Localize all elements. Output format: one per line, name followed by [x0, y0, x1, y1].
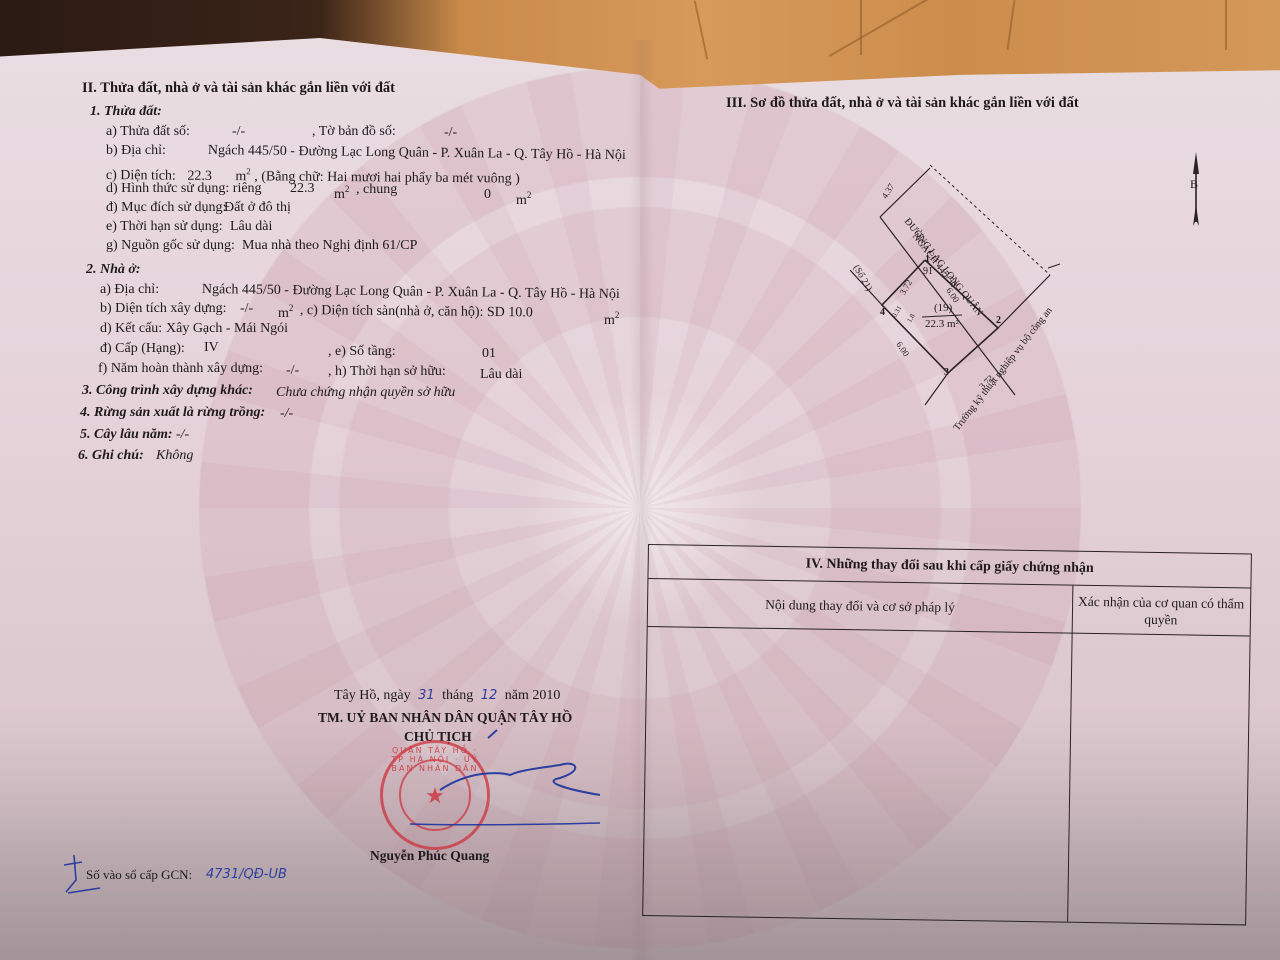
vertex-2: 2 [996, 313, 1001, 329]
structure-value: Xây Gạch - Mái Ngói [166, 321, 288, 337]
house-address-label: a) Địa chỉ: [100, 282, 159, 298]
issuing-authority: TM. UỶ BAN NHÂN DÂN QUẬN TÂY HỒ [318, 710, 572, 726]
house-mark: 91 [923, 264, 933, 280]
notes-value: Không [156, 448, 193, 464]
usage-purpose-value: Đất ở đô thị [224, 200, 291, 216]
perennial-trees-label: 5. Cây lâu năm: [80, 427, 173, 443]
usage-purpose-label: đ) Mục đích sử dụng: [106, 200, 226, 216]
floor-area-unit: m2 [604, 307, 619, 329]
usage-origin-label: g) Nguồn gốc sử dụng: [106, 238, 235, 254]
signed-month: 12 [481, 688, 498, 703]
structure-label: d) Kết cấu: [100, 321, 162, 337]
floors-label: , e) Số tầng: [328, 344, 396, 360]
usage-shared-label: , chung [356, 182, 397, 198]
build-area-label: b) Diện tích xây dựng: [100, 301, 227, 317]
planted-forest-label: 4. Rừng sản xuất là rừng trồng: [80, 405, 265, 421]
vertex-3: 3 [944, 365, 949, 381]
usage-shared-unit: m2 [516, 187, 531, 209]
floor-seam [1007, 0, 1016, 50]
changes-content-cell [643, 627, 1071, 922]
vertex-4: 4 [880, 305, 885, 321]
parcel-number: (19) [934, 300, 952, 316]
column-header-confirmation: Xác nhận của cơ quan có thẩm quyền [1072, 586, 1251, 637]
house-heading: 2. Nhà ở: [86, 262, 141, 278]
north-label: B [1190, 176, 1198, 192]
other-works-value: Chưa chứng nhận quyền sở hữu [276, 385, 455, 401]
floor-seam [829, 0, 951, 57]
notes-label: 6. Ghi chú: [78, 448, 144, 464]
floor-seam [694, 0, 708, 59]
confirmation-cell [1067, 634, 1250, 925]
parcel-area: 22.3 m² [925, 316, 959, 332]
grade-value: IV [204, 340, 219, 356]
usage-term-label: e) Thời hạn sử dụng: [106, 219, 223, 235]
section-2-title: II. Thửa đất, nhà ở và tài sản khác gắn … [82, 80, 395, 96]
completion-year-value: -/- [286, 363, 299, 379]
official-seal: QUẬN TÂY HỒ · TP HÀ NỘI · UỶ BAN NHÂN DÂ… [380, 740, 490, 850]
column-header-changes: Nội dung thay đổi và cơ sở pháp lý [648, 579, 1073, 634]
build-area-value: -/- [240, 301, 253, 317]
build-area-unit: m2 [278, 300, 293, 322]
usage-form-label: d) Hình thức sử dụng: riêng [106, 181, 262, 197]
floors-value: 01 [482, 346, 496, 362]
section-3-title: III. Sơ đồ thửa đất, nhà ở và tài sản kh… [726, 95, 1079, 111]
land-number-label: a) Thửa đất số: [106, 124, 190, 140]
signer-name: Nguyễn Phúc Quang [370, 848, 489, 864]
usage-private-value: 22.3 [290, 181, 315, 197]
floor-seam [860, 0, 862, 55]
ownership-term-label: , h) Thời hạn sở hữu: [328, 364, 446, 380]
floor-seam [1225, 0, 1227, 50]
other-works-label: 3. Công trình xây dựng khác: [82, 383, 253, 399]
seal-star-icon: ★ [401, 783, 469, 809]
land-number-value: -/- [232, 124, 245, 140]
grade-label: đ) Cấp (Hạng): [100, 341, 185, 357]
place-date: Tây Hồ, ngày 31 tháng 12 năm 2010 [334, 688, 560, 704]
usage-shared-value: 0 [484, 187, 491, 203]
map-sheet-value: -/- [444, 125, 457, 141]
floor-area-label: , c) Diện tích sàn(nhà ở, căn hộ): SD 10… [300, 303, 533, 321]
land-address-label: b) Địa chỉ: [106, 143, 166, 159]
usage-term-value: Lâu dài [230, 219, 272, 235]
planted-forest-value: -/- [280, 406, 293, 422]
registry-label: Số vào sổ cấp GCN: [86, 867, 192, 883]
land-heading: 1. Thửa đất: [90, 104, 162, 120]
usage-origin-value: Mua nhà theo Nghị định 61/CP [242, 238, 417, 254]
signed-day: 31 [418, 688, 435, 703]
changes-table: IV. Những thay đổi sau khi cấp giấy chứn… [642, 544, 1252, 925]
perennial-trees-value: -/- [176, 427, 189, 443]
map-sheet-label: , Tờ bản đồ số: [312, 124, 396, 140]
completion-year-label: f) Năm hoàn thành xây dựng: [98, 361, 263, 377]
ownership-term-value: Lâu dài [480, 367, 522, 383]
usage-private-unit: m2 [334, 181, 349, 203]
registry-number: 4731/QĐ-UB [206, 867, 287, 883]
